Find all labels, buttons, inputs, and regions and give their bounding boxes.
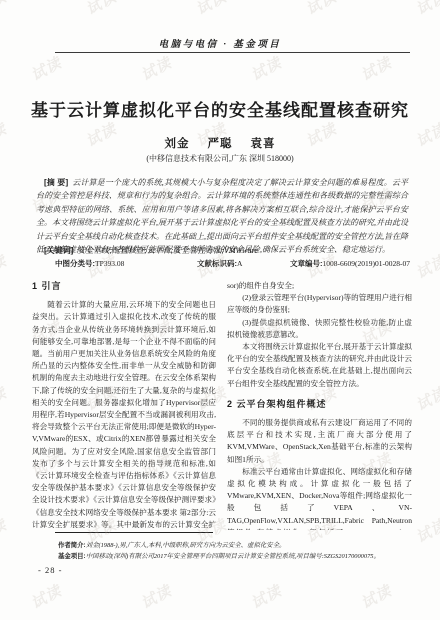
fund-project-label: 基金项目:: [58, 553, 86, 560]
section-2-heading: 2 云平台架构组件概述: [227, 398, 412, 410]
intro-paragraph: 随着云计算的大量应用,云环境下的安全问题也日益突出。云计算通过引入虚拟化技术,改…: [32, 299, 216, 530]
watermark-stamp: 试读: [137, 52, 175, 86]
watermark-stamp: 试读: [27, 52, 65, 86]
watermark-stamp: 试读: [302, 0, 340, 19]
scope-paragraph: 本文将围绕云计算虚拟化平台,展开基于云计算虚拟化平台的安全基线配置及核查方法的研…: [227, 341, 412, 390]
meta-row: 中图分类号:TP393.08 文献标识码:A 文章编号:1008-6609(20…: [55, 258, 410, 269]
keywords-block: [关键词]安全基线;配置核查;云平台;安全管控方法;VMWware: [36, 245, 408, 256]
watermark-stamp: 试读: [247, 52, 285, 86]
watermark-stamp: 试读: [412, 514, 440, 548]
page-number: - 28 -: [38, 565, 62, 575]
clc-value: TP393.08: [95, 259, 124, 268]
fund-project-text: 中国移动(深圳)有限公司2017年安全管理平台四期项目云计算安全管控系统,项目编…: [86, 553, 380, 560]
list-item-3: (3)提供虚拟机镜像、快照完整性校验功能,防止虚拟机镜像被恶意篡改。: [227, 317, 412, 341]
authors-line: 刘金严聪袁喜: [0, 135, 440, 151]
author-name: 袁喜: [251, 138, 276, 150]
keywords-label: [关键词]: [44, 246, 73, 255]
watermark-stamp: 试读: [357, 580, 395, 614]
watermark-stamp: 试读: [357, 52, 395, 86]
watermark-stamp: 试读: [0, 382, 10, 416]
components-paragraph: 标准云平台通常由计算虚拟化、网络虚拟化和存储虚拟化模块构成。计算虚拟化一般包括了…: [227, 466, 412, 530]
author-bio-label: 作者简介:: [58, 542, 86, 549]
clc-label: 中图分类号:: [55, 259, 95, 268]
watermark-stamp: 试读: [82, 0, 120, 19]
author-bio-line: 作者简介:刘金(1988-),男,广东人,本科,中级职称,研究方向为云安全、虚拟…: [58, 540, 410, 551]
document-code-value: A: [237, 259, 242, 268]
author-name: 严聪: [208, 138, 233, 150]
watermark-stamp: 试读: [412, 0, 440, 19]
list-item-1-continuation: sor)的组件自身安全;: [227, 280, 412, 292]
author-name: 刘金: [165, 138, 190, 150]
watermark-stamp: 试读: [247, 580, 285, 614]
list-item-2: (2)登录云管理平台(Hypervisor)等的管理用户进行相应等级的身份鉴别;: [227, 292, 412, 316]
footnote: 作者简介:刘金(1988-),男,广东人,本科,中级职称,研究方向为云安全、虚拟…: [58, 540, 410, 562]
affiliation: (中移信息技术有限公司,广东 深圳 518000): [0, 153, 440, 164]
watermark-stamp: 试读: [27, 580, 65, 614]
article-title: 基于云计算虚拟化平台的安全基线配置核查研究: [0, 96, 440, 121]
document-code: 文献标识码:A: [197, 258, 290, 269]
article-id-value: 1008-6609(2019)01-0028-07: [323, 259, 411, 268]
watermark-stamp: 试读: [192, 0, 230, 19]
section-1-heading: 1 引言: [32, 280, 216, 292]
clc-number: 中图分类号:TP393.08: [55, 258, 197, 269]
abstract-label: [摘 要]: [44, 178, 68, 187]
watermark-stamp: 试读: [412, 382, 440, 416]
article-id-label: 文章编号:: [290, 259, 323, 268]
author-bio-text: 刘金(1988-),男,广东人,本科,中级职称,研究方向为云安全、虚拟化安全。: [86, 542, 286, 549]
watermark-stamp: 试读: [0, 514, 10, 548]
watermark-stamp: 试读: [137, 580, 175, 614]
left-column: 1 引言 随着云计算的大量应用,云环境下的安全问题也日益突出。云计算通过引入虚拟…: [32, 280, 216, 530]
fund-project-line: 基金项目:中国移动(深圳)有限公司2017年安全管理平台四期项目云计算安全管控系…: [58, 551, 410, 562]
keywords-text: 安全基线;配置核查;云平台;安全管控方法;VMWware: [77, 246, 258, 255]
watermark-stamp: 试读: [412, 250, 440, 284]
document-code-label: 文献标识码:: [197, 259, 237, 268]
journal-header: 电脑与电信 · 基金项目: [0, 36, 440, 50]
article-id: 文章编号:1008-6609(2019)01-0028-07: [290, 258, 410, 269]
vendors-paragraph: 不同的服务提供商或私有云建设厂商运用了不同的底层平台和技术实现,主流厂商大部分使…: [227, 417, 412, 466]
footnote-rule: [55, 532, 213, 533]
abstract-text: 云计算是一个庞大的系统,其规模大小与复杂程度决定了解决云计算安全问题的难易程度。…: [36, 178, 408, 254]
watermark-stamp: 试读: [0, 0, 10, 19]
paper-page: 试读试读试读试读试读试读试读试读试读试读试读试读试读试读试读试读试读试读试读试读…: [0, 0, 440, 620]
header-rule: [55, 52, 410, 53]
watermark-stamp: 试读: [0, 250, 10, 284]
right-column: sor)的组件自身安全; (2)登录云管理平台(Hypervisor)等的管理用…: [227, 280, 412, 530]
